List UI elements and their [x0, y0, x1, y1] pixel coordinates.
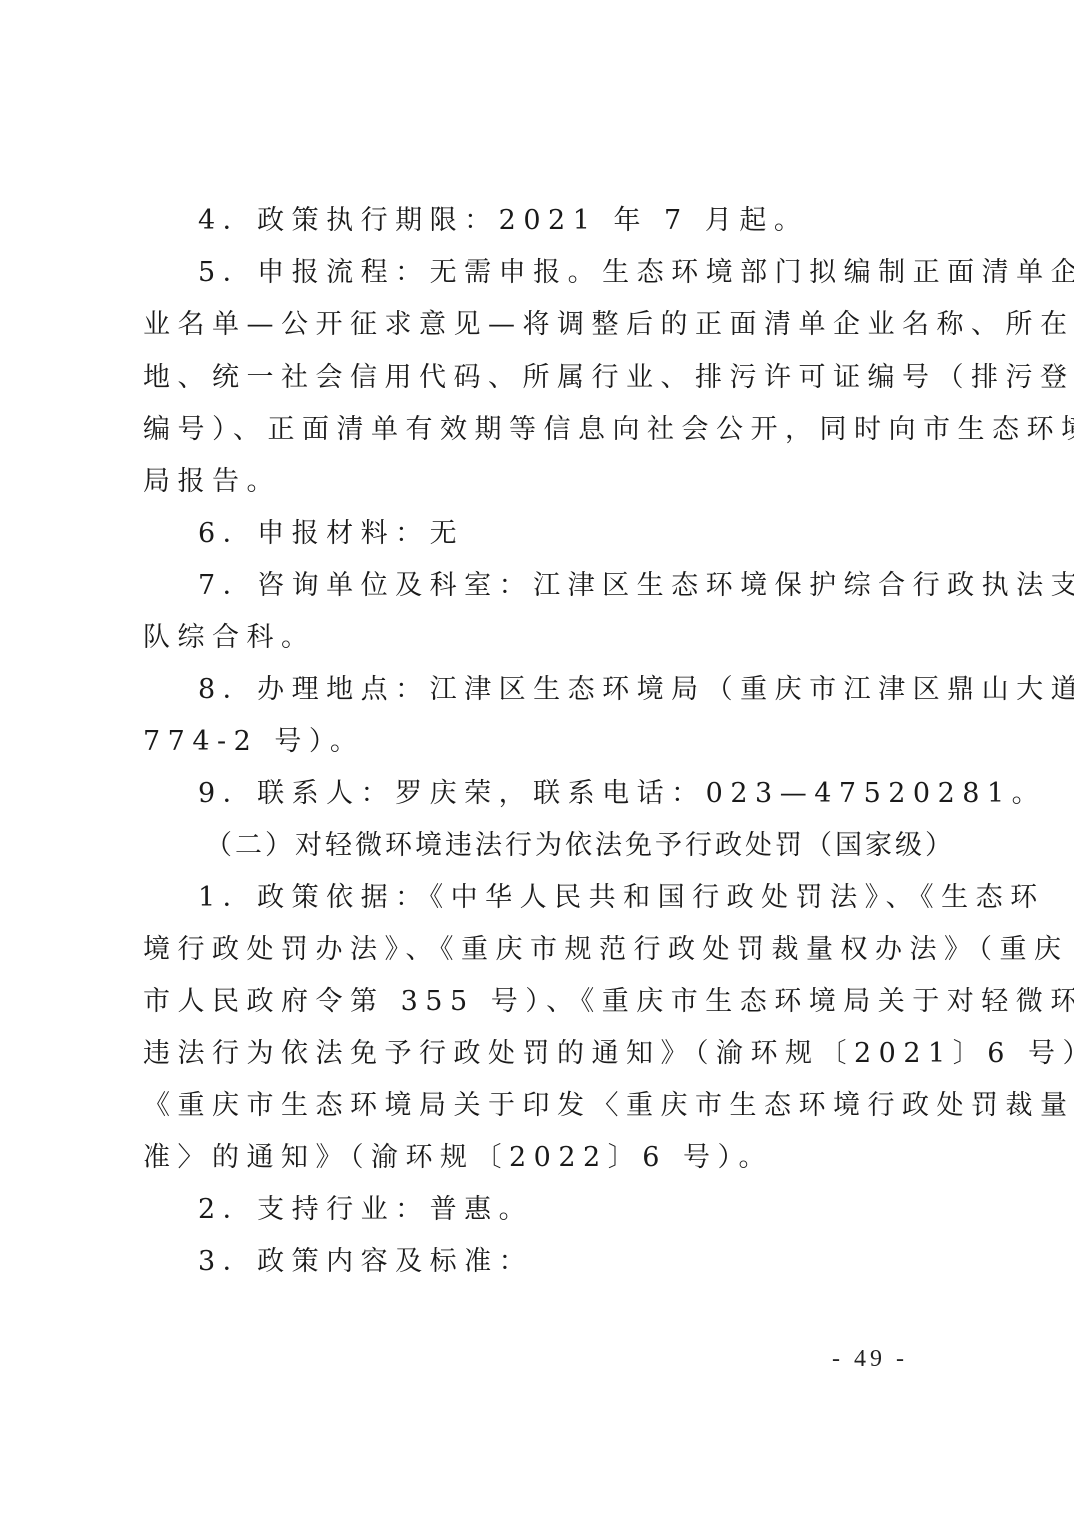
item-handling-location: 8．办理地点：江津区生态环境局（重庆市江津区鼎山大道: [198, 673, 998, 707]
paragraph-line: 编号）、正面清单有效期等信息向社会公开，同时向市生态环境: [143, 413, 943, 447]
paragraph-line: 《重庆市生态环境局关于印发〈重庆市生态环境行政处罚裁量基: [143, 1089, 943, 1123]
document-page: 4．政策执行期限：2021 年 7 月起。 5．申报流程：无需申报。生态环境部门…: [0, 0, 1074, 1520]
item-contact: 9．联系人：罗庆荣，联系电话：023—47520281。: [198, 777, 998, 811]
item-policy-content: 3．政策内容及标准：: [198, 1245, 998, 1279]
item-application-materials: 6．申报材料：无: [198, 517, 998, 551]
paragraph-line: 队综合科。: [143, 621, 943, 655]
paragraph-line: 774-2 号）。: [143, 725, 943, 759]
item-consulting-unit: 7．咨询单位及科室：江津区生态环境保护综合行政执法支: [198, 569, 998, 603]
paragraph-line: 违法行为依法免予行政处罚的通知》（渝环规〔2021〕6 号）、: [143, 1037, 943, 1071]
item-application-process: 5．申报流程：无需申报。生态环境部门拟编制正面清单企: [198, 256, 998, 290]
paragraph-line: 准〉的通知》（渝环规〔2022〕6 号）。: [143, 1141, 943, 1175]
paragraph-line: 境行政处罚办法》、《重庆市规范行政处罚裁量权办法》（重庆: [143, 933, 943, 967]
paragraph-line: 市人民政府令第 355 号）、《重庆市生态环境局关于对轻微环境: [143, 985, 943, 1019]
paragraph-line: 局报告。: [143, 465, 943, 499]
section-heading: （二）对轻微环境违法行为依法免予行政处罚（国家级）: [205, 829, 1005, 863]
paragraph-line: 地、统一社会信用代码、所属行业、排污许可证编号（排污登记: [143, 361, 943, 395]
item-policy-period: 4．政策执行期限：2021 年 7 月起。: [198, 204, 998, 238]
item-policy-basis: 1．政策依据：《中华人民共和国行政处罚法》、《生态环: [198, 881, 998, 915]
item-supported-industry: 2．支持行业：普惠。: [198, 1193, 998, 1227]
page-number: - 49 -: [832, 1346, 908, 1373]
paragraph-line: 业名单—公开征求意见—将调整后的正面清单企业名称、所在: [143, 308, 943, 342]
